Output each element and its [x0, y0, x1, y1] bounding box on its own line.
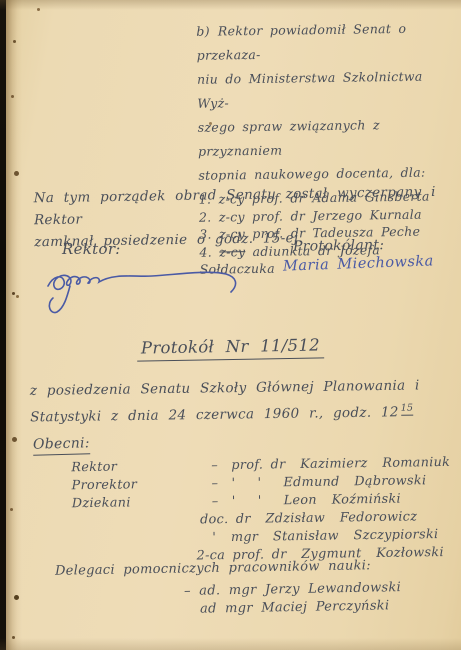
- intro-line-2: Statystyki z dnia 24 czerwca 1960 r., go…: [30, 397, 450, 429]
- protocol-heading: Protokół Nr 11/512: [0, 333, 461, 364]
- attendees-heading-text: Obecni:: [33, 435, 90, 455]
- attendee-dash: –: [211, 457, 231, 475]
- delegate-item-2: ad mgr Maciej Perczyński: [200, 598, 390, 616]
- page-bottom-edge-shadow: [0, 638, 461, 650]
- protocol-title: Protokół Nr 11/512: [137, 335, 324, 361]
- closing-line-1: Na tym porządek obrad Senatu został wycz…: [34, 181, 449, 231]
- attendee-role: Prorektor: [72, 475, 212, 495]
- attendees-list: Rektor – prof. dr Kazimierz Romaniuk Pro…: [0, 454, 461, 568]
- protokolant-label: Protokólant:: [293, 237, 385, 255]
- page-top-edge-shadow: [0, 0, 461, 10]
- intro-line-2-text: Statystyki z dnia 24 czerwca 1960 r., go…: [30, 404, 399, 425]
- item-b-line-2: niu do Ministerstwa Szkolnictwa Wyż-: [197, 64, 454, 116]
- attendee-dash: –: [212, 493, 232, 511]
- item-b-marker: b): [196, 24, 210, 39]
- attendee-role: Dziekani: [72, 493, 212, 513]
- signature-scribble-icon: [40, 250, 245, 320]
- rektor-signature-flourish: [40, 250, 245, 324]
- delegate-item-1: – ad. mgr Jerzy Lewandowski: [184, 580, 401, 599]
- item-b-text-1: Rektor powiadomił Senat o przekaza-: [197, 21, 407, 63]
- scanned-protocol-page: b)Rektor powiadomił Senat o przekaza- ni…: [0, 0, 461, 650]
- paper-specks: [13, 40, 16, 43]
- attendee-name: ' ' Leon Koźmiński: [232, 490, 461, 511]
- item-b-line-3: szego spraw związanych z przyznaniem: [198, 112, 455, 164]
- attendee-role: Rektor: [71, 457, 211, 477]
- meeting-time-superscript: 15: [401, 402, 414, 415]
- attendee-dash: –: [211, 475, 231, 493]
- item-b-line-1: b)Rektor powiadomił Senat o przekaza-: [196, 16, 453, 68]
- attendees-heading: Obecni:: [33, 435, 90, 455]
- protocol-intro: z posiedzenia Senatu Szkoły Głównej Plan…: [30, 374, 451, 428]
